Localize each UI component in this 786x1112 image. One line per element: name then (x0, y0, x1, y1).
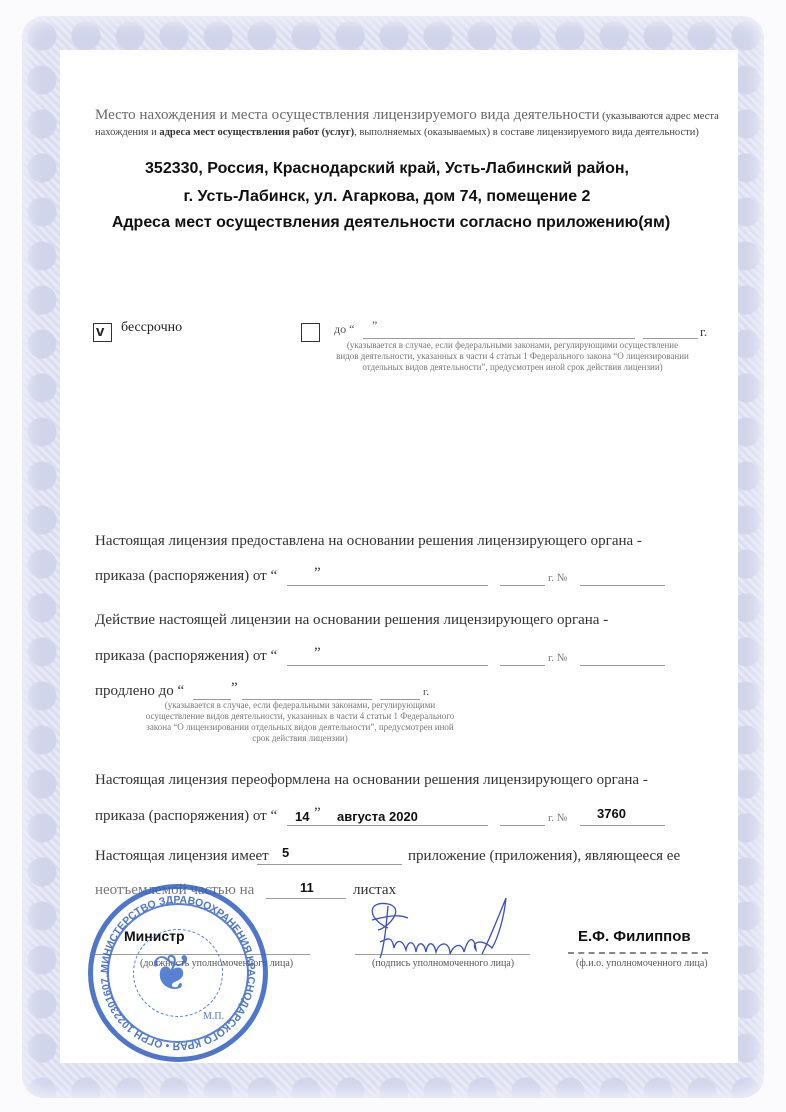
stamp-mp-label: М.П. (203, 1011, 224, 1022)
reissued-quote-close: ” (314, 805, 321, 822)
double-headed-eagle-icon: ❦ (151, 944, 193, 1002)
until-month-field[interactable] (380, 338, 635, 339)
extended-basis-line: Действие настоящей лицензии на основании… (95, 612, 608, 629)
extended-order-prefix: приказа (распоряжения) от “ (95, 648, 277, 665)
reissued-month-year-value: августа 2020 (337, 809, 418, 824)
location-hint-bold: адреса мест осуществления работ (услуг) (159, 127, 354, 138)
until-note: (указывается в случае, если федеральными… (335, 340, 690, 373)
check-mark-icon: v (96, 323, 104, 340)
reissued-number-field[interactable] (580, 825, 665, 826)
until-year-field[interactable] (643, 338, 698, 339)
reissued-order-prefix: приказа (распоряжения) от “ (95, 808, 277, 825)
extended-year-suffix: г. № (548, 652, 567, 664)
granted-basis-line: Настоящая лицензия предоставлена на осно… (95, 533, 642, 550)
granted-order-prefix: приказа (распоряжения) от “ (95, 568, 277, 585)
official-stamp: МИНИСТЕРСТВО ЗДРАВООХРАНЕНИЯ КРАСНОДАРСК… (88, 884, 268, 1062)
reissued-month-field[interactable] (323, 825, 488, 826)
reissued-year-field[interactable] (500, 825, 545, 826)
location-hint-2: , выполняемых (оказываемых) в составе ли… (354, 127, 699, 138)
appendix-suffix: приложение (приложения), являющееся ее (408, 848, 680, 865)
granted-year-suffix: г. № (548, 572, 567, 584)
name-label: (ф.и.о. уполномоченного лица) (576, 958, 708, 969)
until-suffix: г. (700, 324, 707, 340)
extended-until-note: (указывается в случае, если федеральными… (140, 700, 460, 744)
granted-month-field[interactable] (323, 585, 488, 586)
until-quote-close: ” (372, 318, 377, 333)
appendix-prefix: Настоящая лицензия имеет (95, 848, 269, 865)
name-field[interactable] (568, 952, 708, 954)
name-value: Е.Ф. Филиппов (578, 928, 691, 945)
appendix-line2-suffix: листах (353, 882, 396, 899)
location-section-heading: Место нахождения и места осуществления л… (95, 108, 735, 140)
extended-month-field[interactable] (323, 665, 488, 666)
reissued-basis-line: Настоящая лицензия переоформлена на осно… (95, 772, 648, 789)
reissued-day-field[interactable] (287, 825, 325, 826)
appendix-sheets-value: 11 (300, 880, 314, 895)
reissued-number-value: 3760 (597, 806, 626, 821)
extended-year-field[interactable] (500, 665, 545, 666)
granted-quote-close: ” (314, 565, 321, 582)
appendix-count-value: 5 (282, 845, 289, 860)
extended-quote-close: ” (314, 645, 321, 662)
extended-number-field[interactable] (580, 665, 665, 666)
appendix-sheets-field[interactable] (266, 898, 346, 899)
address-line-3: Адреса мест осуществления деятельности с… (101, 214, 681, 232)
extended-day-field[interactable] (287, 665, 325, 666)
extended-until-suffix: г. (423, 686, 429, 698)
address-line-2: г. Усть-Лабинск, ул. Агаркова, дом 74, п… (107, 188, 667, 206)
granted-number-field[interactable] (580, 585, 665, 586)
signature-label: (подпись уполномоченного лица) (372, 958, 514, 969)
granted-year-field[interactable] (500, 585, 545, 586)
location-heading-text: Место нахождения и места осуществления л… (95, 107, 599, 123)
address-line-1: 352330, Россия, Краснодарский край, Усть… (107, 160, 667, 178)
granted-day-field[interactable] (287, 585, 325, 586)
extended-until-quote-close: ” (231, 680, 238, 697)
until-date-checkbox[interactable] (301, 323, 320, 342)
unlimited-label: бессрочно (121, 320, 182, 336)
unlimited-checkbox[interactable]: v (93, 323, 112, 342)
until-prefix: до “ (334, 322, 354, 337)
appendix-count-field[interactable] (257, 864, 402, 865)
reissued-day-value: 14 (295, 809, 309, 824)
extended-until-prefix: продлено до “ (95, 683, 184, 700)
reissued-year-suffix: г. № (548, 812, 567, 824)
